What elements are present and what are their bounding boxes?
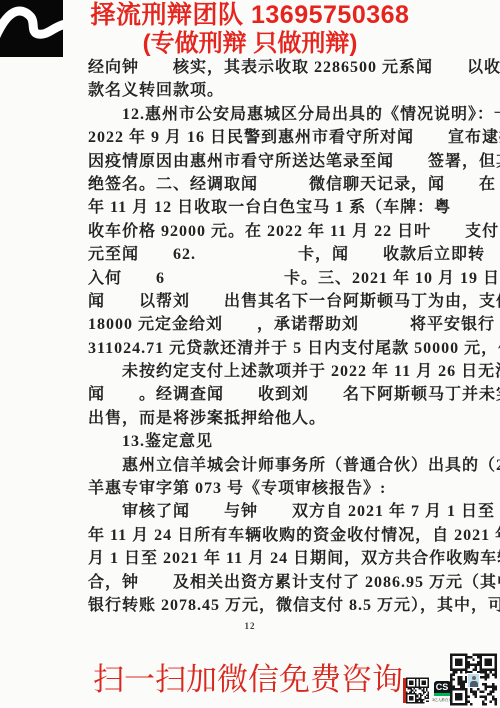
document-line: 款名义转回款项。	[88, 79, 478, 102]
wechat-cta-text: 扫一扫加微信免费咨询	[93, 660, 403, 700]
document-line: 绝签名。二、经调取闻 微信聊天记录，闻 在 2022	[88, 173, 478, 196]
document-line: 惠州立信羊城会计师事务所（普通合伙）出具的（2024）	[88, 454, 478, 477]
document-line: 311024.71 元贷款还清并于 5 日内支付尾款 50000 元，但闻	[88, 337, 478, 360]
document-line: 经向钟 核实，其表示收取 2286500 元系闻 以收车回	[88, 56, 478, 79]
page-number: 12	[0, 621, 500, 631]
qr-code-large-icon	[450, 652, 497, 707]
document-line: 银行转账 2078.45 万元，微信支付 8.5 万元），其中，可辨认	[88, 594, 478, 617]
document-line: 未按约定支付上述款项并于 2022 年 11 月 26 日无法找到	[88, 360, 478, 383]
document-line: 13.鉴定意见	[88, 430, 478, 453]
document-line: 合，钟 及相关出资方累计支付了 2086.95 万元（其中，	[88, 571, 478, 594]
team-phone-text: 择流刑辩团队 13695750368	[0, 1, 500, 30]
tagline-text: (专做刑辩 只做刑辩)	[0, 30, 500, 57]
document-line: 出售，而是将涉案抵押给他人。	[88, 407, 478, 430]
avatar-torso	[470, 681, 478, 687]
qr-code-small-icon	[403, 676, 429, 705]
cs-caption: 3亿人都在用	[432, 697, 452, 702]
cs-logo-icon: CS	[434, 681, 451, 696]
avatar-head	[472, 676, 476, 680]
document-line: 因疫情原因由惠州市看守所送达笔录至闻 签署，但其拒	[88, 150, 478, 173]
document-line: 12.惠州市公安局惠城区分局出具的《情况说明》：一、	[88, 103, 478, 126]
document-line: 年 11 月 12 日收取一台白色宝马 1 系（车牌：粤 ），	[88, 196, 478, 219]
header-banner: 择流刑辩团队 13695750368 (专做刑辩 只做刑辩)	[0, 1, 500, 57]
document-line: 闻 。经调查闻 收到刘 名下阿斯顿马丁并未实际	[88, 383, 478, 406]
document-line: 收车价格 92000 元。在 2022 年 11 月 22 日叶 支付 9200…	[88, 220, 478, 243]
document-line: 审核了闻 与钟 双方自 2021 年 7 月 1 日至 2021	[88, 500, 478, 523]
document-body: 经向钟 核实，其表示收取 2286500 元系闻 以收车回款名义转回款项。 12…	[88, 56, 478, 617]
document-line: 2022 年 9 月 16 日民警到惠州市看守所对闻 宣布逮捕，	[88, 126, 478, 149]
document-line: 羊惠专审字第 073 号《专项审核报告》:	[88, 477, 478, 500]
document-line: 闻 以帮刘 出售其名下一台阿斯顿马丁为由，支付	[88, 290, 478, 313]
scanned-document-page: 择流刑辩团队 13695750368 (专做刑辩 只做刑辩) 经向钟 核实，其表…	[0, 0, 500, 708]
avatar	[467, 673, 480, 688]
document-line: 月 1 日至 2021 年 11 月 24 日期间，双方共合作收购车辆 105	[88, 547, 478, 570]
document-line: 年 11 月 24 日所有车辆收购的资金收付情况，自 2021 年 7	[88, 524, 478, 547]
document-line: 18000 元定金给刘 ，承诺帮助刘 将平安银行	[88, 313, 478, 336]
document-line: 元至闻 62. 卡，闻 收款后立即转	[88, 243, 478, 266]
document-line: 入何 6 卡。三、2021 年 10 月 19 日	[88, 267, 478, 290]
